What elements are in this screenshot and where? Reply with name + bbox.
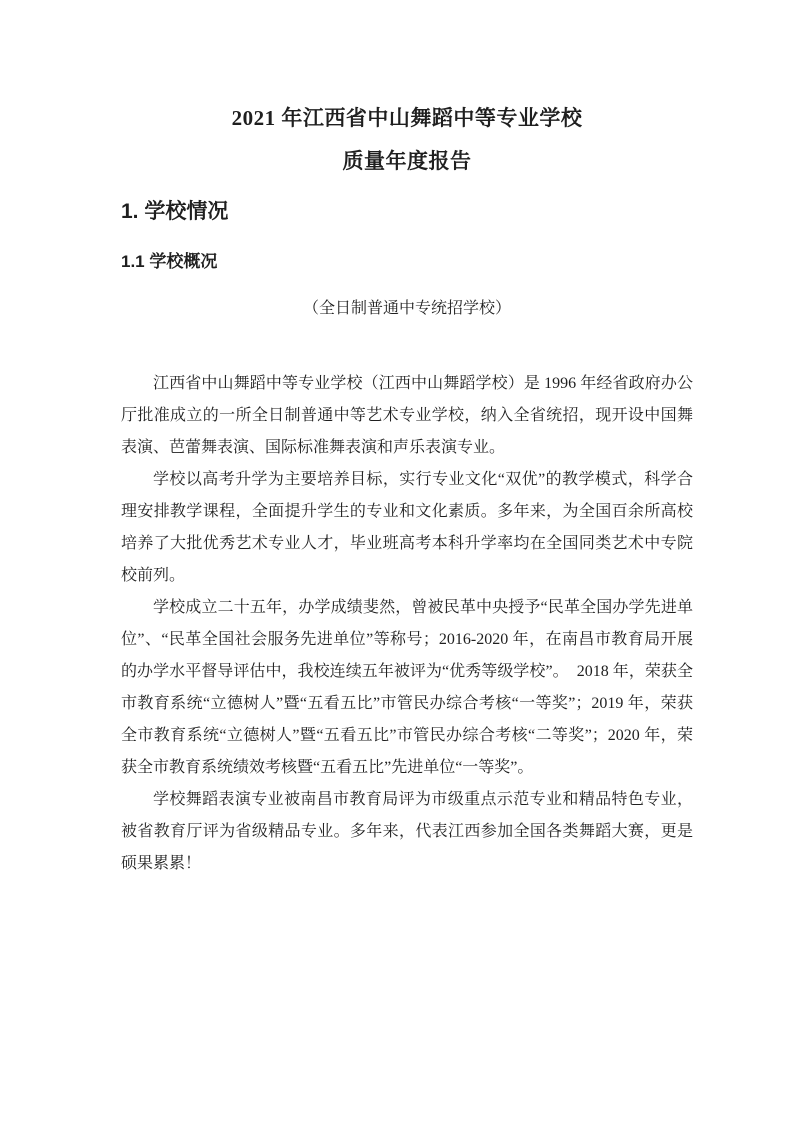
school-type-note: （全日制普通中专统招学校）: [121, 298, 693, 320]
paragraph-dance-major-honors: 学校舞蹈表演专业被南昌市教育局评为市级重点示范专业和精品特色专业，被省教育厅评为…: [121, 784, 693, 880]
paragraph-school-introduction: 江西省中山舞蹈中等专业学校（江西中山舞蹈学校）是 1996 年经省政府办公厅批准…: [121, 368, 693, 464]
report-title-line-2: 质量年度报告: [121, 140, 693, 183]
report-title: 2021 年江西省中山舞蹈中等专业学校 质量年度报告: [121, 97, 693, 183]
subsection-heading-school-profile: 1.1 学校概况: [121, 250, 693, 273]
paragraph-awards-achievements: 学校成立二十五年，办学成绩斐然，曾被民革中央授予“民革全国办学先进单位”、“民革…: [121, 592, 693, 784]
document-page: 2021 年江西省中山舞蹈中等专业学校 质量年度报告 1. 学校情况 1.1 学…: [0, 0, 800, 1131]
report-title-line-1: 2021 年江西省中山舞蹈中等专业学校: [121, 97, 693, 140]
paragraph-education-model: 学校以高考升学为主要培养目标，实行专业文化“双优”的教学模式，科学合理安排教学课…: [121, 464, 693, 592]
document-content: 2021 年江西省中山舞蹈中等专业学校 质量年度报告 1. 学校情况 1.1 学…: [0, 0, 800, 880]
section-heading-school-overview: 1. 学校情况: [121, 198, 693, 226]
body-text: 江西省中山舞蹈中等专业学校（江西中山舞蹈学校）是 1996 年经省政府办公厅批准…: [121, 368, 693, 880]
